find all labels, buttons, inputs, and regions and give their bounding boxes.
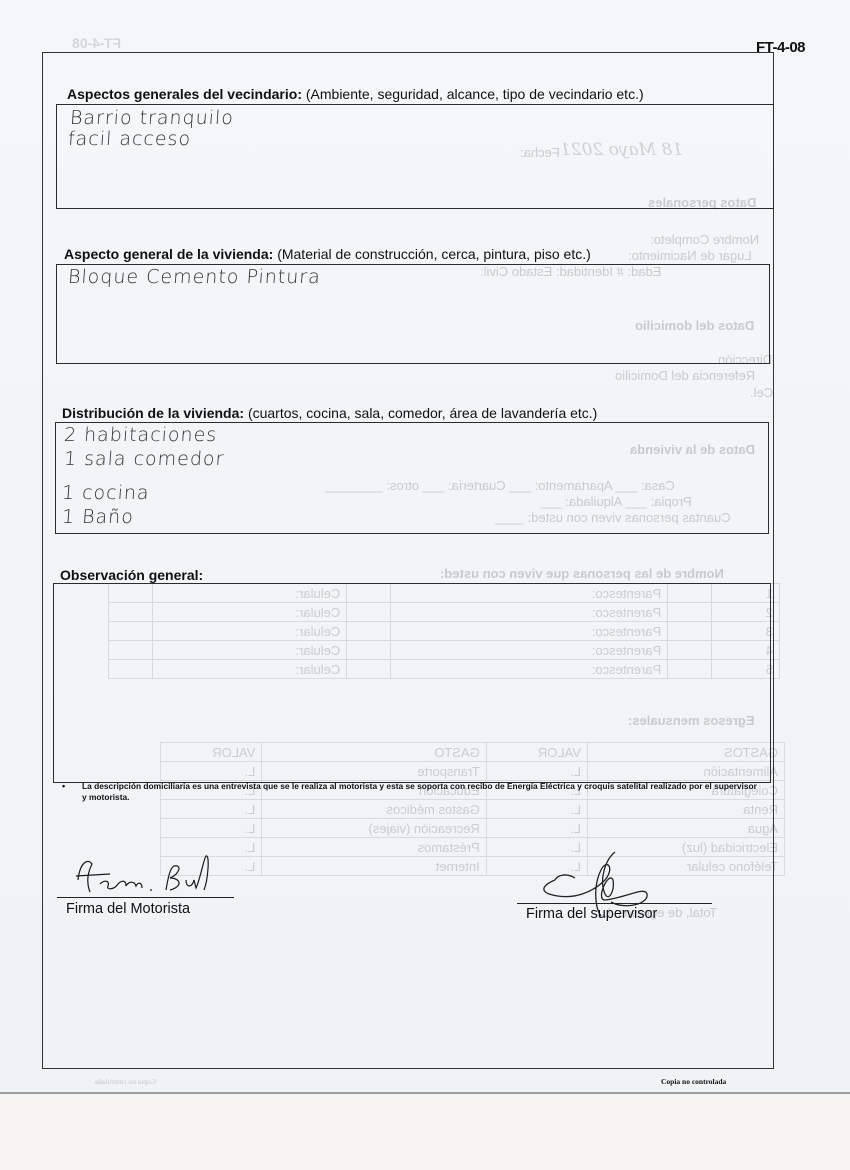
footnote: • La descripción domiciliaria es una ent… xyxy=(62,781,762,803)
motorista-signature-line xyxy=(57,897,234,898)
distribucion-line-1: 2 habitaciones xyxy=(63,424,218,446)
section-observacion-title: Observación general: xyxy=(60,567,203,583)
vecindario-line-1: Barrio tranquilo xyxy=(69,107,234,129)
scanner-bed xyxy=(0,1094,850,1170)
bleed-form-code: FT-4-08 xyxy=(72,35,121,51)
section-distribucion-title: Distribución de la vivienda: (cuartos, c… xyxy=(62,405,597,421)
scanned-page: FT-4-08 Fecha: 18 Mayo 2021 Datos person… xyxy=(0,0,850,1094)
supervisor-signature-label: Firma del supervisor xyxy=(526,906,657,922)
bleed-footer: Copia no controlada xyxy=(95,1077,156,1086)
distribucion-line-4: 1 Baño xyxy=(61,506,134,528)
footer-copy-note: Copia no controlada xyxy=(661,1077,726,1086)
motorista-signature xyxy=(70,850,230,900)
supervisor-signature-line xyxy=(517,903,712,904)
section-vivienda-title: Aspecto general de la vivienda: (Materia… xyxy=(64,246,591,262)
vecindario-line-2: facil acceso xyxy=(67,128,192,150)
motorista-signature-label: Firma del Motorista xyxy=(66,901,190,917)
distribucion-line-3: 1 cocina xyxy=(61,482,150,504)
bullet-icon: • xyxy=(62,781,65,792)
distribucion-line-2: 1 sala comedor xyxy=(63,448,225,470)
observacion-box[interactable] xyxy=(53,583,771,783)
footnote-text: La descripción domiciliaria es una entre… xyxy=(82,781,762,803)
section-vecindario-title: Aspectos generales del vecindario: (Ambi… xyxy=(67,86,644,102)
vivienda-line-1: Bloque Cemento Pintura xyxy=(67,266,321,288)
